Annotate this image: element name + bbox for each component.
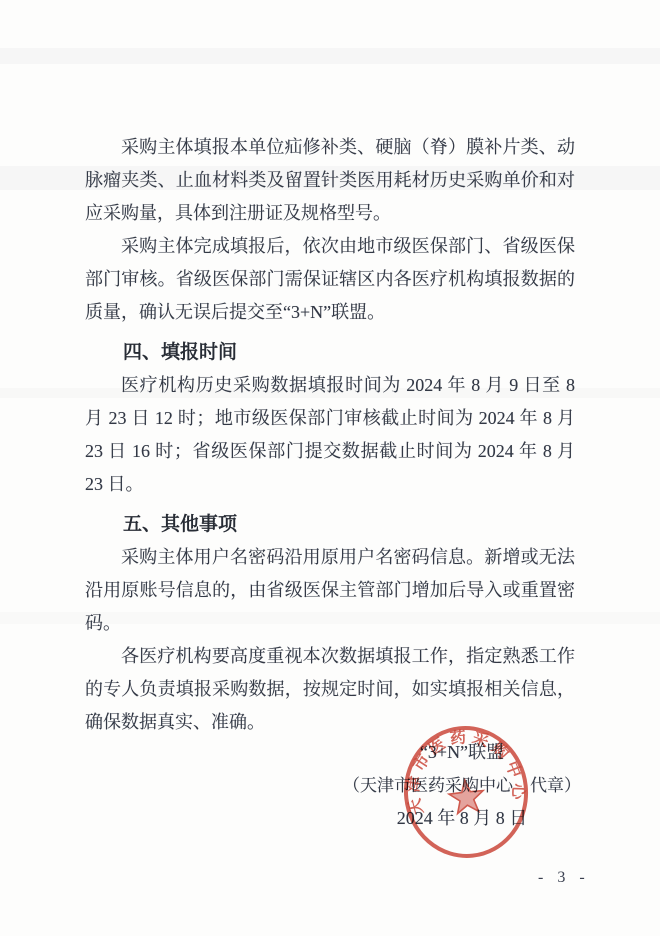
- page-number: - 3 -: [538, 869, 590, 887]
- paragraph-procurement-scope: 采购主体填报本单位疝修补类、硬脑（脊）膜补片类、动脉瘤夹类、止血材料类及留置针类…: [85, 131, 575, 230]
- paragraph-filing-deadlines: 医疗机构历史采购数据填报时间为 2024 年 8 月 9 日至 8 月 23 日…: [85, 369, 575, 501]
- paragraph-account-credentials: 采购主体用户名密码沿用原用户名密码信息。新增或无法沿用原账号信息的，由省级医保主…: [85, 541, 575, 640]
- paragraph-review-process: 采购主体完成填报后，依次由地市级医保部门、省级医保部门审核。省级医保部门需保证辖…: [85, 230, 575, 329]
- section-heading-other-matters: 五、其他事项: [85, 508, 575, 541]
- document-page: 采购主体填报本单位疝修补类、硬脑（脊）膜补片类、动脉瘤夹类、止血材料类及留置针类…: [0, 0, 660, 936]
- section-heading-filing-time: 四、填报时间: [85, 336, 575, 369]
- star-icon: [448, 778, 485, 814]
- official-seal: 天津市医药采购中心: [391, 714, 541, 869]
- document-body: 采购主体填报本单位疝修补类、硬脑（脊）膜补片类、动脉瘤夹类、止血材料类及留置针类…: [85, 131, 575, 739]
- scan-artifact: [0, 48, 660, 64]
